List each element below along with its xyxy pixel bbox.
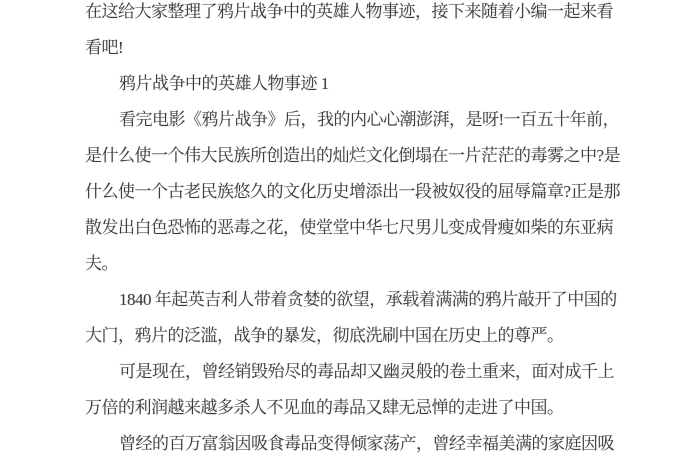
text-line: 什么使一个古老民族悠久的文化历史增添出一段被奴役的屈辱篇章?正是那 [85, 174, 645, 210]
text-line: 散发出白色恐怖的恶毒之花，使堂堂中华七尺男儿变成骨瘦如柴的东亚病 [85, 210, 645, 246]
text-line: 曾经的百万富翁因吸食毒品变得倾家荡产，曾经幸福美满的家庭因吸 [85, 426, 645, 462]
section-heading: 鸦片战争中的英雄人物事迹 1 [85, 66, 645, 102]
text-line: 大门，鸦片的泛滥，战争的暴发，彻底洗刷中国在历史上的尊严。 [85, 318, 645, 354]
text-line: 夫。 [85, 246, 645, 282]
document-page: 在这给大家整理了鸦片战争中的英雄人物事迹，接下来随着小编一起来看 看吧! 鸦片战… [0, 0, 700, 470]
text-line: 是什么使一个伟大民族所创造出的灿烂文化倒塌在一片茫茫的毒雾之中?是 [85, 138, 645, 174]
text-line: 在这给大家整理了鸦片战争中的英雄人物事迹，接下来随着小编一起来看 [85, 0, 645, 30]
text-line: 看完电影《鸦片战争》后，我的内心心潮澎湃，是呀!一百五十年前， [85, 102, 645, 138]
text-line: 看吧! [85, 30, 645, 66]
text-line: 1840 年起英吉利人带着贪婪的欲望，承载着满满的鸦片敲开了中国的 [85, 282, 645, 318]
document-text: 在这给大家整理了鸦片战争中的英雄人物事迹，接下来随着小编一起来看 看吧! 鸦片战… [85, 0, 645, 462]
text-line: 可是现在，曾经销毁殆尽的毒品却又幽灵般的卷土重来，面对成千上 [85, 354, 645, 390]
text-line: 万倍的利润越来越多杀人不见血的毒品又肆无忌惮的走进了中国。 [85, 390, 645, 426]
